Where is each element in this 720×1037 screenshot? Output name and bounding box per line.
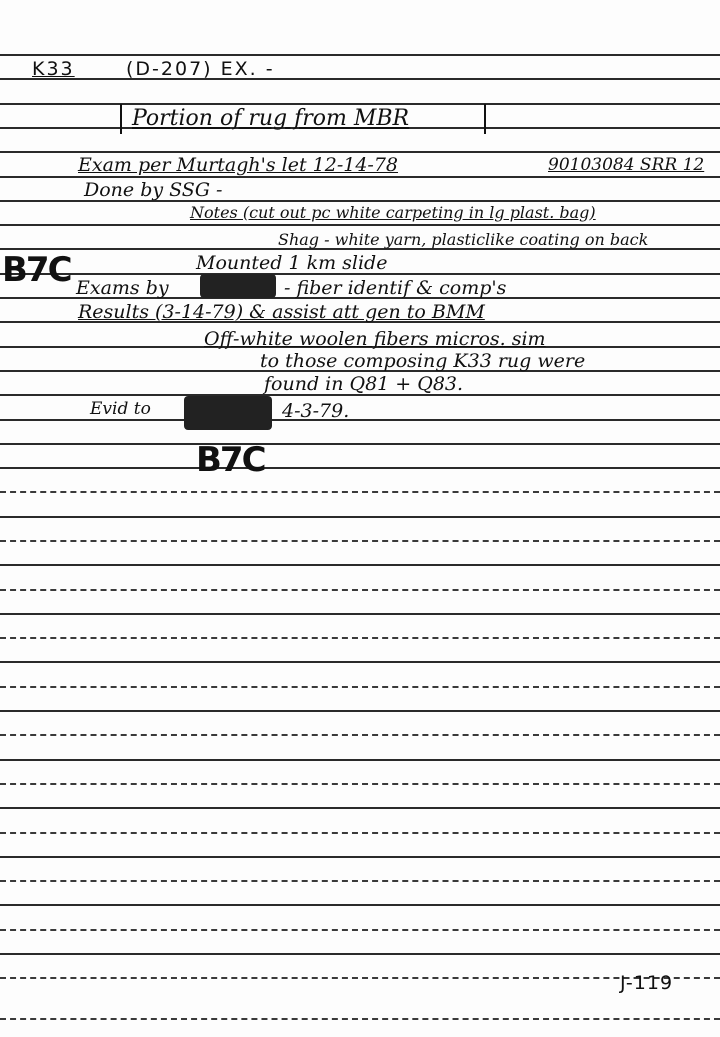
result-line-2: to those composing K33 rug were xyxy=(260,350,585,372)
results: Results (3-14-79) & assist att gen to BM… xyxy=(78,301,485,323)
ruled-line xyxy=(0,807,720,809)
ruled-line xyxy=(0,491,720,493)
evid-date: 4-3-79. xyxy=(282,400,349,422)
ruled-line xyxy=(0,467,720,469)
result-line-3: found in Q81 + Q83. xyxy=(264,373,463,395)
ruled-line xyxy=(0,759,720,761)
ruled-line xyxy=(0,929,720,931)
ruled-line xyxy=(0,856,720,858)
ruled-line xyxy=(0,977,720,979)
ruled-line xyxy=(0,516,720,518)
ruled-line xyxy=(0,686,720,688)
item-id: K33 xyxy=(32,58,75,80)
ruled-line xyxy=(0,637,720,639)
exams-by-rest: - fiber identif & comp's xyxy=(284,277,506,299)
ruled-line xyxy=(0,54,720,56)
item-ref: (D-207) EX. - xyxy=(126,58,275,80)
ruled-line xyxy=(0,710,720,712)
evid-to: Evid to xyxy=(90,398,151,420)
ruled-line xyxy=(0,904,720,906)
mounted: Mounted 1 km slide xyxy=(196,252,387,274)
notes: Notes (cut out pc white carpeting in lg … xyxy=(190,202,596,224)
notebook-page: K33 (D-207) EX. - Portion of rug from MB… xyxy=(0,0,720,1037)
ruled-line xyxy=(0,224,720,226)
ruled-line xyxy=(0,540,720,542)
shag-description: Shag - white yarn, plasticlike coating o… xyxy=(278,229,648,251)
item-description: Portion of rug from MBR xyxy=(132,108,409,130)
redaction-block xyxy=(184,396,272,430)
ruled-line xyxy=(0,78,720,80)
file-number: 90103084 SRR 12 xyxy=(548,154,704,176)
exam-request: Exam per Murtagh's let 12-14-78 xyxy=(78,154,398,176)
ruled-line xyxy=(0,1018,720,1020)
ruled-line xyxy=(0,613,720,615)
ruled-line xyxy=(0,661,720,663)
redaction-code-label: B7C xyxy=(196,440,265,480)
ruled-line xyxy=(0,832,720,834)
redaction-block xyxy=(200,274,276,298)
ruled-line xyxy=(0,734,720,736)
page-number: J-119 xyxy=(620,972,673,994)
ruled-line xyxy=(0,564,720,566)
ruled-line xyxy=(0,880,720,882)
ruled-line xyxy=(0,443,720,445)
done-by: Done by SSG - xyxy=(84,179,222,201)
ruled-line xyxy=(0,151,720,153)
ruled-line xyxy=(0,953,720,955)
ruled-line xyxy=(0,589,720,591)
ruled-line xyxy=(0,783,720,785)
ruled-line xyxy=(0,176,720,178)
redaction-code-label: B7C xyxy=(2,250,71,290)
result-line-1: Off-white woolen fibers micros. sim xyxy=(204,328,546,350)
exams-by: Exams by xyxy=(76,277,169,299)
